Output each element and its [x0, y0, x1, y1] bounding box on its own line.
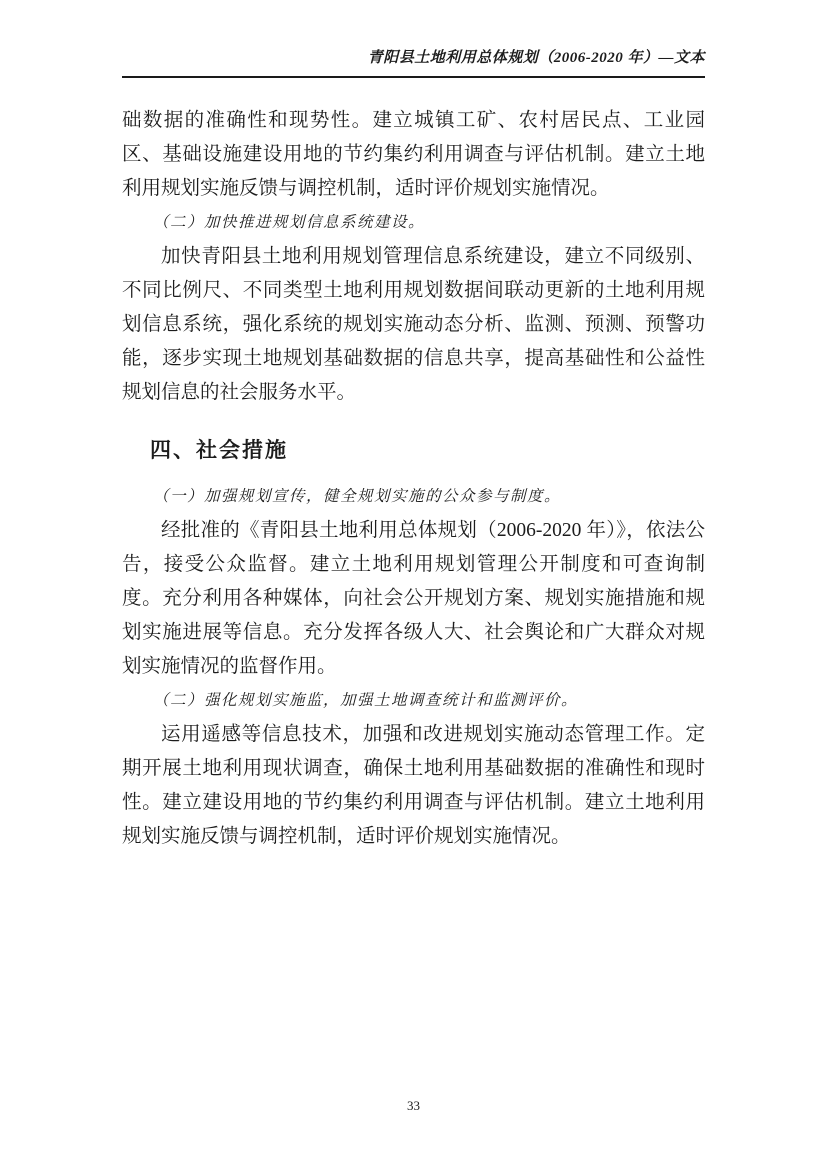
paragraph: 加快青阳县土地利用规划管理信息系统建设，建立不同级别、不同比例尺、不同类型土地利… — [122, 240, 705, 410]
document-page: 青阳县土地利用总体规划（2006-2020 年）—文本 础数据的准确性和现势性。… — [0, 0, 827, 1169]
sub-heading: （二）强化规划实施监，加强土地调查统计和监测评价。 — [122, 684, 705, 718]
paragraph: 运用遥感等信息技术，加强和改进规划实施动态管理工作。定期开展土地利用现状调查，确… — [122, 718, 705, 854]
section-heading: 四、社会措施 — [122, 436, 705, 466]
page-number: 33 — [0, 1098, 827, 1114]
sub-heading: （二）加快推进规划信息系统建设。 — [122, 206, 705, 240]
paragraph: 础数据的准确性和现势性。建立城镇工矿、农村居民点、工业园区、基础设施建设用地的节… — [122, 104, 705, 206]
sub-heading: （一）加强规划宣传，健全规划实施的公众参与制度。 — [122, 480, 705, 514]
document-body: 础数据的准确性和现势性。建立城镇工矿、农村居民点、工业园区、基础设施建设用地的节… — [122, 104, 705, 854]
page-header-title: 青阳县土地利用总体规划（2006-2020 年）—文本 — [368, 46, 705, 67]
paragraph: 经批准的《青阳县土地利用总体规划（2006-2020 年）》，依法公告，接受公众… — [122, 514, 705, 684]
header-rule — [122, 76, 705, 78]
